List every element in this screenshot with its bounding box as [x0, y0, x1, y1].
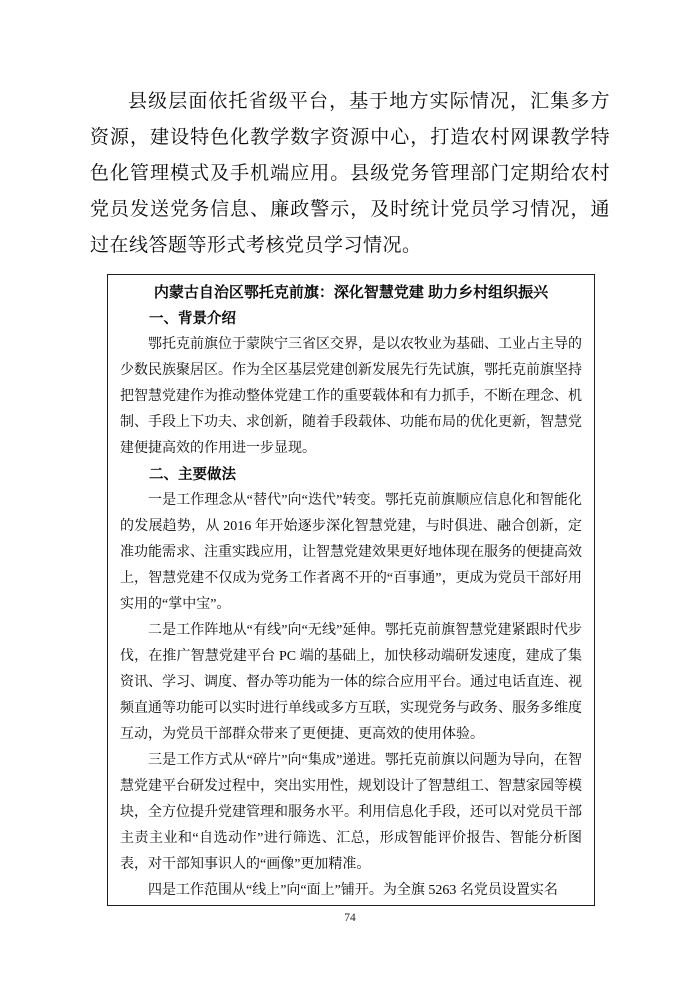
practice-paragraph-2: 二是工作阵地从“有线”向“无线”延伸。鄂托克前旗智慧党建紧跟时代步伐，在推广智慧…	[120, 618, 582, 748]
case-box-title: 内蒙古自治区鄂托克前旗：深化智慧党建 助力乡村组织振兴	[120, 280, 582, 306]
document-page: 县级层面依托省级平台，基于地方实际情况，汇集多方资源，建设特色化教学数字资源中心…	[0, 0, 700, 990]
intro-paragraph: 县级层面依托省级平台，基于地方实际情况，汇集多方资源，建设特色化教学数字资源中心…	[90, 84, 610, 264]
page-content: 县级层面依托省级平台，基于地方实际情况，汇集多方资源，建设特色化教学数字资源中心…	[90, 84, 610, 906]
case-study-box: 内蒙古自治区鄂托克前旗：深化智慧党建 助力乡村组织振兴 一、背景介绍 鄂托克前旗…	[107, 274, 595, 906]
practice-paragraph-4-truncated: 四是工作范围从“线上”向“面上”铺开。为全旗 5263 名党员设置实名	[120, 878, 582, 904]
section-heading-practices: 二、主要做法	[120, 462, 582, 488]
page-number: 74	[0, 912, 700, 924]
practice-paragraph-1: 一是工作理念从“替代”向“迭代”转变。鄂托克前旗顺应信息化和智能化的发展趋势，从…	[120, 488, 582, 618]
section-heading-background: 一、背景介绍	[120, 306, 582, 332]
practice-paragraph-3: 三是工作方式从“碎片”向“集成”递进。鄂托克前旗以问题为导向，在智慧党建平台研发…	[120, 748, 582, 878]
background-paragraph: 鄂托克前旗位于蒙陕宁三省区交界，是以农牧业为基础、工业占主导的少数民族聚居区。作…	[120, 332, 582, 462]
